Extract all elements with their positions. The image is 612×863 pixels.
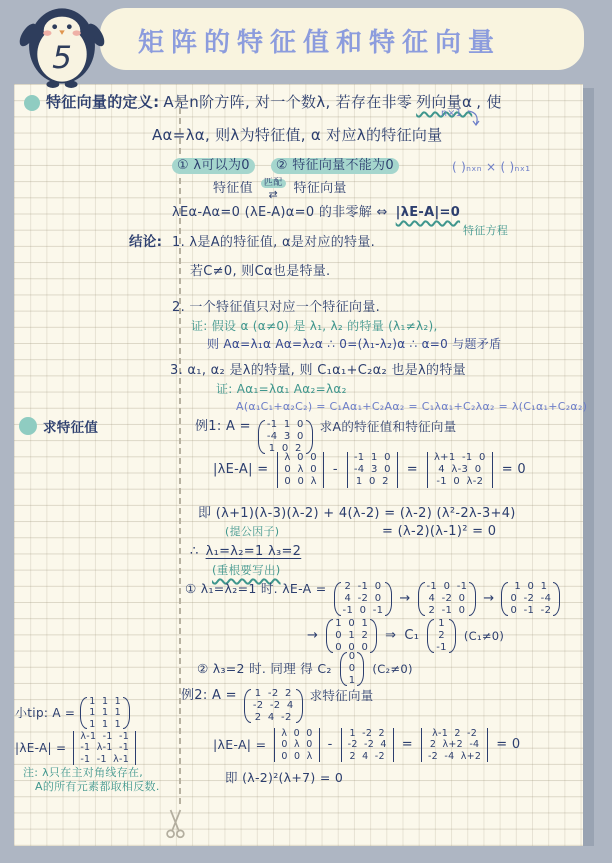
minus-sign: -	[328, 737, 333, 753]
tip-label: 小tip: A =	[15, 706, 75, 721]
conclusion-1: 1. λ是A的特征值, α是对应的特量.	[172, 235, 375, 251]
condition-c1: (C₁≠0)	[464, 629, 504, 643]
example2-line: 例2: A = 1 -2 2-2 -2 42 4 -2 求特征向量	[181, 688, 374, 724]
scissors-icon	[163, 806, 189, 840]
case1-matrix2: -1 0 -14 -2 02 -1 0	[418, 581, 477, 617]
derivation-eq: λEα-Aα=0 (λE-A)α=0 的非零解 ⇔	[172, 205, 388, 221]
case2-label: ② λ₃=2 时. 同理 得 C₂	[197, 661, 332, 677]
note-vector-nonzero: ② 特征向量不能为0	[271, 158, 399, 174]
case1-matrix1: 2 -1 04 -2 0-1 0 -1	[334, 581, 393, 617]
implies-icon: ⇒	[385, 628, 396, 644]
match-word: 匹配	[261, 179, 286, 188]
example1-task: 求A的特征值和特征向量	[320, 419, 457, 435]
det-label: |λE-A| =	[213, 737, 266, 753]
tip-det-label: |λE-A| =	[15, 741, 66, 756]
roots-values: λ₁=λ₂=1 λ₃=2	[206, 544, 302, 560]
definition-label: 特征向量的定义:	[46, 93, 159, 112]
tip-determinant: λ-1 -1 -1-1 λ-1 -1-1 -1 λ-1	[71, 731, 138, 765]
equals-sign: =	[402, 737, 413, 753]
penguin-icon: 5	[16, 2, 108, 88]
example2-task: 求特征向量	[310, 688, 374, 704]
definition-text-pre: A是n阶方阵, 对一个数λ, 若存在非零	[163, 93, 412, 112]
note-lambda-zero: ① λ可以为0	[172, 158, 255, 174]
arrow-icon: →	[307, 628, 318, 644]
conclusion-2: 2. 一个特征值只对应一个特征向量.	[172, 300, 380, 316]
case1-matrix4: 1 0 10 1 20 0 0	[326, 618, 377, 654]
therefore-sign: ∴	[190, 544, 199, 560]
det-result2: λ-1 2 -22 λ+2 -4-2 -4 λ+2	[419, 728, 490, 762]
tip-line1: 小tip: A = 1 1 11 1 11 1 1	[15, 696, 130, 730]
definition-notes: ① λ可以为0 ② 特征向量不能为0	[172, 158, 399, 174]
tip-note1: 注: λ只在主对角线存在,	[23, 766, 143, 780]
solve-section-label: 求特征值	[43, 420, 98, 437]
expansion-annotation: (提公因子)	[225, 525, 279, 539]
case1-label: ① λ₁=λ₂=1 时. λE-A =	[185, 581, 327, 597]
double-arrow-icon: ⇄	[268, 189, 278, 200]
eigenvector-2: 001	[340, 651, 365, 687]
det-lambda-e: λ 0 00 λ 00 0 λ	[275, 452, 326, 488]
match-right: 特征向量	[294, 181, 347, 197]
page-title: 矩阵的特征值和特征向量	[138, 22, 501, 59]
example1-line: 例1: A = -1 1 0-4 3 01 0 2 求A的特征值和特征向量	[195, 419, 457, 455]
tip-note2: A的所有元素都取相反数.	[35, 780, 160, 794]
equals-zero: = 0	[502, 462, 526, 478]
definition-line1: 特征向量的定义: A是n阶方阵, 对一个数λ, 若存在非零 列向量α , 使	[46, 93, 502, 112]
example2-result: 即 (λ-2)²(λ+7) = 0	[225, 770, 343, 786]
conclusion-label: 结论:	[129, 234, 162, 251]
conclusion-3: 3. α₁, α₂ 是λ的特量, 则 C₁α₁+C₂α₂ 也是λ的特量	[170, 363, 466, 379]
expansion-line2: = (λ-2)(λ-1)² = 0	[382, 524, 496, 540]
characteristic-eq: |λE-A|=0	[396, 205, 460, 221]
tip-line2: |λE-A| = λ-1 -1 -1-1 λ-1 -1-1 -1 λ-1	[15, 731, 138, 765]
derivation-line: λEα-Aα=0 (λE-A)α=0 的非零解 ⇔ |λE-A|=0	[172, 205, 460, 221]
expansion-line: 即 (λ+1)(λ-3)(λ-2) + 4(λ-2) = (λ-2) (λ²-2…	[198, 506, 516, 522]
arrow-icon: →	[483, 591, 494, 607]
matrix-a1: -1 1 0-4 3 01 0 2	[258, 419, 313, 455]
example2-determinant-line: |λE-A| = λ 0 00 λ 00 0 λ - 1 -2 2-2 -2 4…	[213, 728, 520, 762]
det-lambda-e2: λ 0 00 λ 00 0 λ	[272, 728, 321, 762]
conclusion-1b: 若C≠0, 则Cα也是特量.	[190, 264, 330, 280]
section-bullet-definition	[24, 95, 40, 111]
roots-annotation: (重根要写出)	[212, 563, 281, 577]
example1-determinant-line: |λE-A| = λ 0 00 λ 00 0 λ - -1 1 0-4 3 01…	[213, 452, 526, 488]
note-page: 5 矩阵的特征值和特征向量 特征向量的定义: A是n阶方阵, 对一个数λ, 若存…	[0, 0, 612, 863]
roots-line: ∴ λ₁=λ₂=1 λ₃=2	[190, 544, 301, 560]
example1-label: 例1: A =	[195, 419, 251, 435]
matrix-a2: 1 -2 2-2 -2 42 4 -2	[244, 688, 303, 724]
equals-zero: = 0	[496, 737, 520, 753]
eigenvector-1: 12-1	[427, 618, 456, 654]
equals-sign: =	[407, 462, 418, 478]
conclusion-3-proof2: A(α₁C₁+α₂C₂) = C₁Aα₁+C₂Aα₂ = C₁λα₁+C₂λα₂…	[236, 400, 587, 414]
nx1-annotation: n×1	[441, 108, 462, 120]
arrow-icon: →	[399, 591, 410, 607]
curve-arrow-icon	[466, 109, 482, 127]
conclusion-3-proof1: 证: Aα₁=λα₁ Aα₂=λα₂	[216, 382, 347, 397]
det-result: λ+1 -1 04 λ-3 0-1 0 λ-2	[425, 452, 495, 488]
section-bullet-solve	[19, 417, 37, 435]
match-line: 特征值 匹配 ⇄ 特征向量	[213, 179, 347, 200]
badge-number: 5	[52, 40, 72, 76]
coefficient-c1: C₁	[404, 628, 419, 644]
det-a2: 1 -2 2-2 -2 42 4 -2	[339, 728, 396, 762]
case1-matrix3: 1 0 10 -2 -40 -1 -2	[501, 581, 560, 617]
tip-matrix: 1 1 11 1 11 1 1	[80, 696, 130, 730]
det-a: -1 1 0-4 3 01 0 2	[345, 452, 400, 488]
conclusion-2-proof1: 证: 假设 α (α≠0) 是 λ₁, λ₂ 的特量 (λ₁≠λ₂),	[191, 319, 438, 334]
conclusion-2-proof2: 则 Aα=λ₁α Aα=λ₂α ∴ 0=(λ₁-λ₂)α ∴ α=0 与题矛盾	[207, 337, 501, 352]
characteristic-eq-label: 特征方程	[463, 224, 508, 238]
case2-line: ② λ₃=2 时. 同理 得 C₂ 001 (C₂≠0)	[197, 651, 413, 687]
match-annotation: 匹配 ⇄	[261, 179, 286, 200]
example2-label: 例2: A =	[181, 688, 237, 704]
definition-line2: Aα=λα, 则λ为特征值, α 对应λ的特征向量	[152, 126, 442, 145]
case1-line: ① λ₁=λ₂=1 时. λE-A = 2 -1 04 -2 0-1 0 -1 …	[185, 581, 560, 617]
condition-c2: (C₂≠0)	[372, 662, 412, 676]
match-left: 特征值	[213, 181, 253, 197]
minus-sign: -	[333, 462, 338, 478]
det-label: |λE-A| =	[213, 462, 268, 478]
case1-line2: → 1 0 10 1 20 0 0 ⇒ C₁ 12-1 (C₁≠0)	[307, 618, 504, 654]
dimension-note: ( )ₙₓₙ × ( )ₙₓ₁	[452, 160, 530, 175]
